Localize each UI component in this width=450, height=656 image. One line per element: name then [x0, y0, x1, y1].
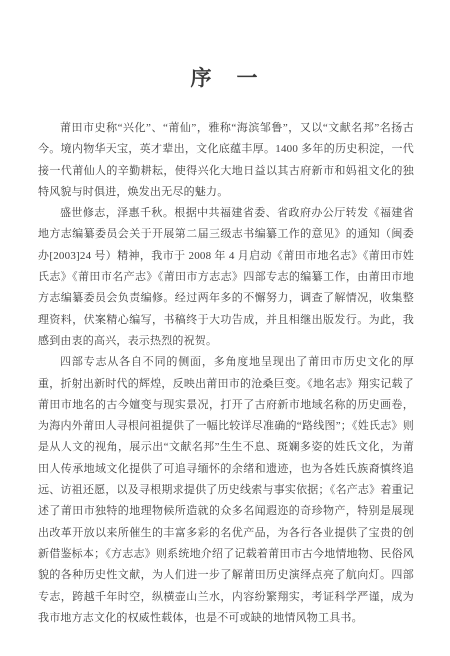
page-title: 序 一	[0, 0, 450, 92]
preface-paragraph-3: 四部专志从各自不同的侧面，多角度地呈现出了莆田市历史文化的厚重，折射出新时代的辉…	[38, 352, 414, 629]
preface-page: 序 一 莆田市史称“兴化”、“莆仙”，雅称“海滨邹鲁”，又以“文献名邦”名扬古今…	[0, 0, 450, 656]
preface-paragraph-1: 莆田市史称“兴化”、“莆仙”，雅称“海滨邹鲁”，又以“文献名邦”名扬古今。境内物…	[38, 118, 414, 203]
preface-paragraph-2: 盛世修志，泽惠千秋。根据中共福建省委、省政府办公厅转发《福建省地方志编纂委员会关…	[38, 203, 414, 352]
preface-body: 莆田市史称“兴化”、“莆仙”，雅称“海滨邹鲁”，又以“文献名邦”名扬古今。境内物…	[38, 118, 414, 629]
